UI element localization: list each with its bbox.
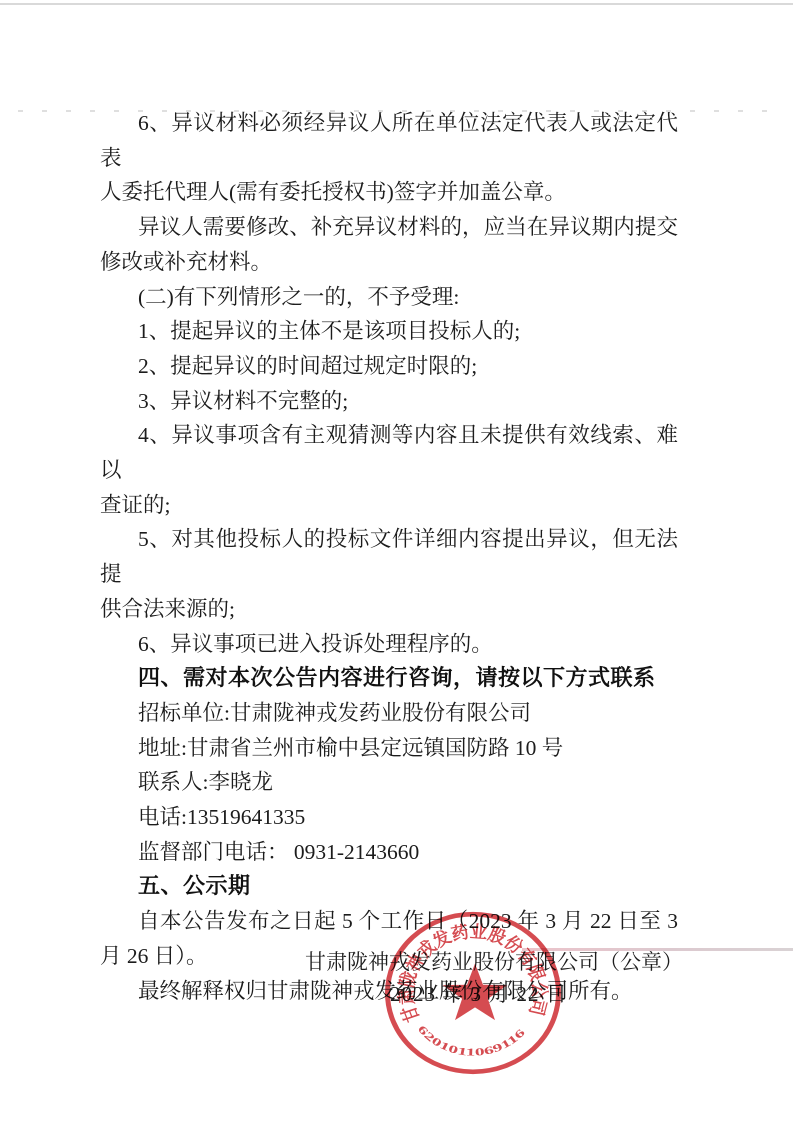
- body-line: 电话:13519641335: [100, 800, 678, 835]
- body-line: 6、异议材料必须经异议人所在单位法定代表人或法定代表: [100, 106, 678, 175]
- seal-number-text: 6201011069116: [415, 1024, 529, 1059]
- body-line: 地址:甘肃省兰州市榆中县定远镇国防路 10 号: [100, 731, 678, 766]
- document-body: 6、异议材料必须经异议人所在单位法定代表人或法定代表人委托代理人(需有委托授权书…: [100, 106, 678, 1008]
- body-line: 招标单位:甘肃陇神戎发药业股份有限公司: [100, 696, 678, 731]
- scan-artifact-top-streak: [0, 3, 793, 5]
- section-heading: 五、公示期: [100, 869, 678, 904]
- body-line: 2、提起异议的时间超过规定时限的;: [100, 349, 678, 384]
- body-line: 人委托代理人(需有委托授权书)签字并加盖公章。: [100, 175, 678, 210]
- body-line: 6、异议事项已进入投诉处理程序的。: [100, 627, 678, 662]
- section-heading: 四、需对本次公告内容进行咨询，请按以下方式联系: [100, 661, 678, 696]
- body-line: (二)有下列情形之一的，不予受理:: [100, 280, 678, 315]
- seal-star-icon: [443, 964, 508, 1021]
- document-page: 6、异议材料必须经异议人所在单位法定代表人或法定代表人委托代理人(需有委托授权书…: [0, 0, 793, 1122]
- body-line: 异议人需要修改、补充异议材料的，应当在异议期内提交: [100, 210, 678, 245]
- svg-text:6201011069116: 6201011069116: [415, 1024, 529, 1059]
- body-line: 4、异议事项含有主观猜测等内容且未提供有效线索、难以: [100, 418, 678, 487]
- body-line: 5、对其他投标人的投标文件详细内容提出异议，但无法提: [100, 522, 678, 591]
- body-line: 3、异议材料不完整的;: [100, 384, 678, 419]
- body-line: 1、提起异议的主体不是该项目投标人的;: [100, 314, 678, 349]
- body-line: 联系人:李晓龙: [100, 765, 678, 800]
- body-line: 监督部门电话： 0931-2143660: [100, 835, 678, 870]
- company-seal-stamp-icon: 甘肃陇神戎发药业股份有限公司 6201011069116: [384, 911, 562, 1075]
- body-line: 查证的;: [100, 488, 678, 523]
- body-line: 供合法来源的;: [100, 592, 678, 627]
- body-line: 修改或补充材料。: [100, 245, 678, 280]
